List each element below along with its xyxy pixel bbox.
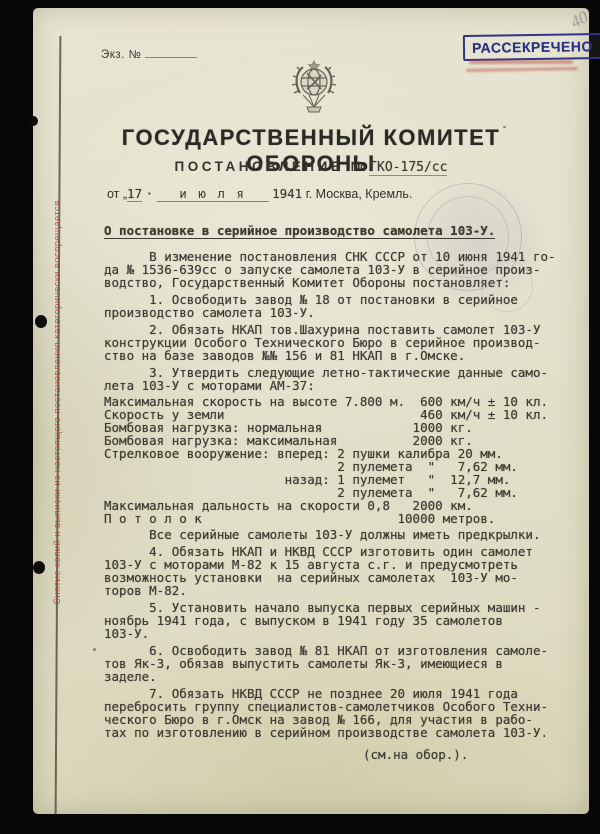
punch-hole — [33, 561, 45, 574]
decree-number: ГКО-175/сс — [369, 160, 447, 176]
slats-note: Все серийные самолеты 103-У должны иметь… — [104, 528, 582, 541]
copy-prohibition-note: Снятие копий и выписки из настоящего пос… — [52, 189, 66, 613]
date-place: г. Москва, Кремль. — [306, 187, 413, 201]
soviet-coat-of-arms-icon — [283, 55, 345, 130]
item-5: 5. Установить начало выпуска первых сери… — [104, 601, 582, 640]
handwritten-page-number: 40 — [567, 7, 591, 33]
scanned-document: Снятие копий и выписки из настоящего пос… — [0, 0, 600, 834]
decree-line: ПОСТАНОВЛЕНИЕ №ГКО-175/сс — [33, 158, 589, 176]
document-page: Снятие копий и выписки из настоящего пос… — [33, 8, 589, 814]
date-day: 17 — [127, 186, 142, 202]
red-stamp-smudge — [469, 60, 573, 64]
document-body: О постановке в серийное производство сам… — [104, 222, 582, 761]
red-stamp-underline — [466, 67, 578, 71]
paper-speck — [93, 648, 96, 651]
item-1: 1. Освободить завод № 18 от постановки в… — [104, 293, 582, 319]
item-3: 3. Утвердить следующие летно-тактические… — [104, 366, 582, 392]
see-reverse-note: (см.на обор.). — [104, 748, 582, 761]
date-separator: · — [146, 186, 154, 201]
copy-number-blank-line — [145, 48, 197, 58]
date-year: 1941 — [272, 186, 302, 201]
punch-hole — [35, 315, 47, 328]
date-prefix: от „ — [107, 187, 127, 201]
copy-number-label: Экз. № — [101, 48, 197, 61]
decree-label: ПОСТАНОВЛЕНИЕ № — [175, 159, 370, 174]
copy-number-text: Экз. № — [101, 49, 141, 61]
item-4: 4. Обязать НКАП и НКВД СССР изготовить о… — [104, 545, 582, 597]
item-7: 7. Обязать НКВД СССР не позднее 20 июля … — [104, 687, 582, 739]
punch-hole — [29, 116, 38, 126]
aircraft-specs-table: Максимальная скорость на высоте 7.800 м.… — [104, 395, 582, 525]
intro-paragraph: В изменение постановления СНК СССР от 10… — [104, 250, 582, 289]
item-6: 6. Освободить завод № 81 НКАП от изготов… — [104, 644, 582, 683]
date-month: и ю л я — [157, 186, 269, 202]
document-title: О постановке в серийное производство сам… — [104, 224, 495, 239]
item-2: 2. Обязать НКАП тов.Шахурина поставить с… — [104, 323, 582, 362]
declassified-stamp: РАССЕКРЕЧЕНО — [463, 33, 600, 61]
